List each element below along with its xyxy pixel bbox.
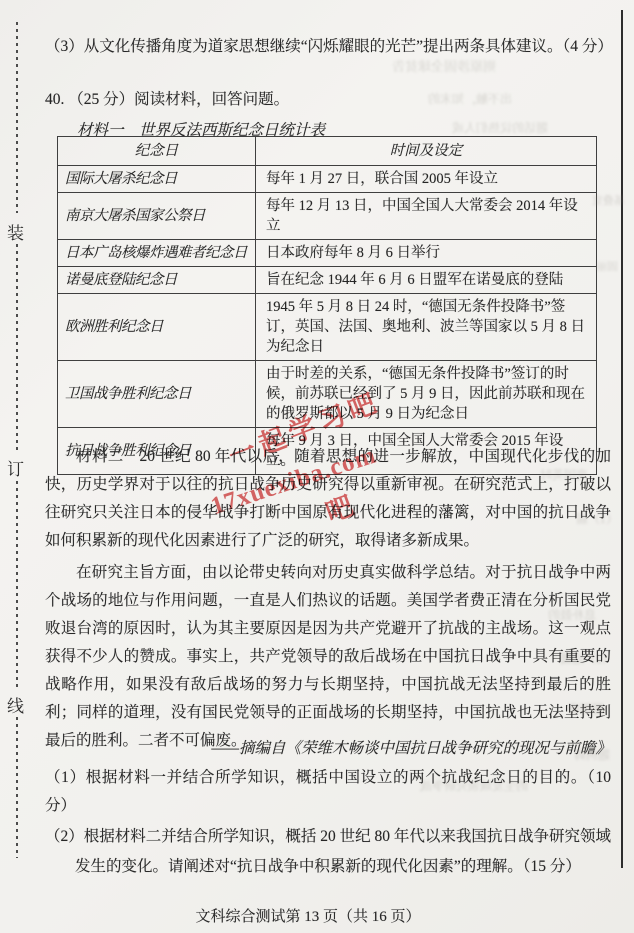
memorial-day-cell: 卫国战争胜利纪念日 bbox=[58, 361, 256, 428]
memorial-day-cell: 日本广岛核爆炸遇难者纪念日 bbox=[58, 240, 256, 267]
research-discussion-paragraph: 在研究主旨方面，由以论带史转向对历史真实做科学总结。对于抗日战争中两个战场的地位… bbox=[45, 559, 611, 755]
bleedthrough-ghost-text: （2）迟缓 bbox=[560, 650, 614, 667]
page-footer: 文科综合测试第 13 页（共 16 页） bbox=[45, 903, 611, 931]
bleedthrough-ghost-text: 题例姆 bbox=[574, 746, 610, 763]
time-setting-cell: 日本政府每年 8 月 6 日举行 bbox=[256, 240, 597, 267]
table-row: 日本广岛核爆炸遇难者纪念日日本政府每年 8 月 6 日举行 bbox=[58, 240, 597, 267]
table-header-row: 纪念日 时间及设定 bbox=[58, 137, 597, 166]
bleedthrough-ghost-text: 题话的议热们人或 bbox=[452, 119, 548, 136]
binding-dash-line bbox=[16, 717, 18, 858]
table-row: 国际大屠杀纪念日每年 1 月 27 日，联合国 2005 年设立 bbox=[58, 166, 597, 193]
question-2-text: （2）根据材料二并结合所学知识，概括 20 世纪 80 年代以来我国抗日战争研究… bbox=[45, 822, 611, 882]
binding-char-xian: 线 bbox=[7, 692, 24, 717]
table-row: 欧洲胜利纪念日1945 年 5 月 8 日 24 时，“德国无条件投降书”签订，… bbox=[58, 294, 597, 361]
memorial-day-cell: 国际大屠杀纪念日 bbox=[58, 166, 256, 193]
bleedthrough-ghost-text: 则原涉固全球贫告 bbox=[392, 56, 496, 75]
bleedthrough-ghost-text: 基叠宽 bbox=[592, 192, 625, 208]
binding-dash-line bbox=[16, 481, 18, 687]
bleedthrough-ghost-text: 出不触，知末的 bbox=[428, 90, 512, 107]
binding-char-zhuang: 装 bbox=[7, 219, 24, 244]
exam-page-scan: 装 订 线 （3）从文化传播角度为道家思想继续“闪烁耀眼的光芒”提出两条具体建议… bbox=[0, 0, 634, 933]
question-40-header: 40. （25 分）阅读材料，回答问题。 bbox=[45, 86, 611, 114]
bleedthrough-ghost-text: 固丽 bbox=[596, 258, 618, 274]
time-setting-cell: 旨在纪念 1944 年 6 月 6 日盟军在诺曼底的登陆 bbox=[256, 267, 597, 294]
binding-char-ding: 订 bbox=[7, 455, 24, 480]
question-3-text: （3）从文化传播角度为道家思想继续“闪烁耀眼的光芒”提出两条具体建议。（4 分） bbox=[45, 33, 611, 61]
bleedthrough-ghost-text: 的生发域领究研争战 bbox=[420, 777, 528, 794]
col-header-time-setting: 时间及设定 bbox=[256, 137, 597, 166]
time-setting-cell: 1945 年 5 月 8 日 24 时，“德国无条件投降书”签订，英国、法国、奥… bbox=[256, 294, 597, 361]
table-row: 诺曼底登陆纪念日旨在纪念 1944 年 6 月 6 日盟军在诺曼底的登陆 bbox=[58, 267, 597, 294]
binding-dash-line bbox=[16, 244, 18, 450]
bleedthrough-ghost-text: 变国英时 bbox=[540, 466, 588, 483]
page-edge-line bbox=[621, 10, 623, 868]
time-setting-cell: 每年 1 月 27 日，联合国 2005 年设立 bbox=[256, 166, 597, 193]
memorial-day-cell: 南京大屠杀国家公祭日 bbox=[58, 193, 256, 240]
memorial-day-cell: 欧洲胜利纪念日 bbox=[58, 294, 256, 361]
memorial-day-cell: 诺曼底登陆纪念日 bbox=[58, 267, 256, 294]
table-row: 南京大屠杀国家公祭日每年 12 月 13 日，中国全国人大常委会 2014 年设… bbox=[58, 193, 597, 240]
binding-dash-line bbox=[16, 22, 18, 213]
time-setting-cell: 每年 12 月 13 日，中国全国人大常委会 2014 年设立 bbox=[256, 193, 597, 240]
bleedthrough-ghost-text: 题图磨 bbox=[568, 700, 604, 717]
bleedthrough-ghost-text: （1）届 bbox=[576, 510, 618, 527]
bleedthrough-ghost-text: 息朴鼓的 bbox=[548, 606, 596, 623]
source-attribution: ——摘编自《荣维木畅谈中国抗日战争研究的现况与前瞻》 bbox=[45, 735, 611, 763]
col-header-memorial-day: 纪念日 bbox=[58, 137, 256, 166]
